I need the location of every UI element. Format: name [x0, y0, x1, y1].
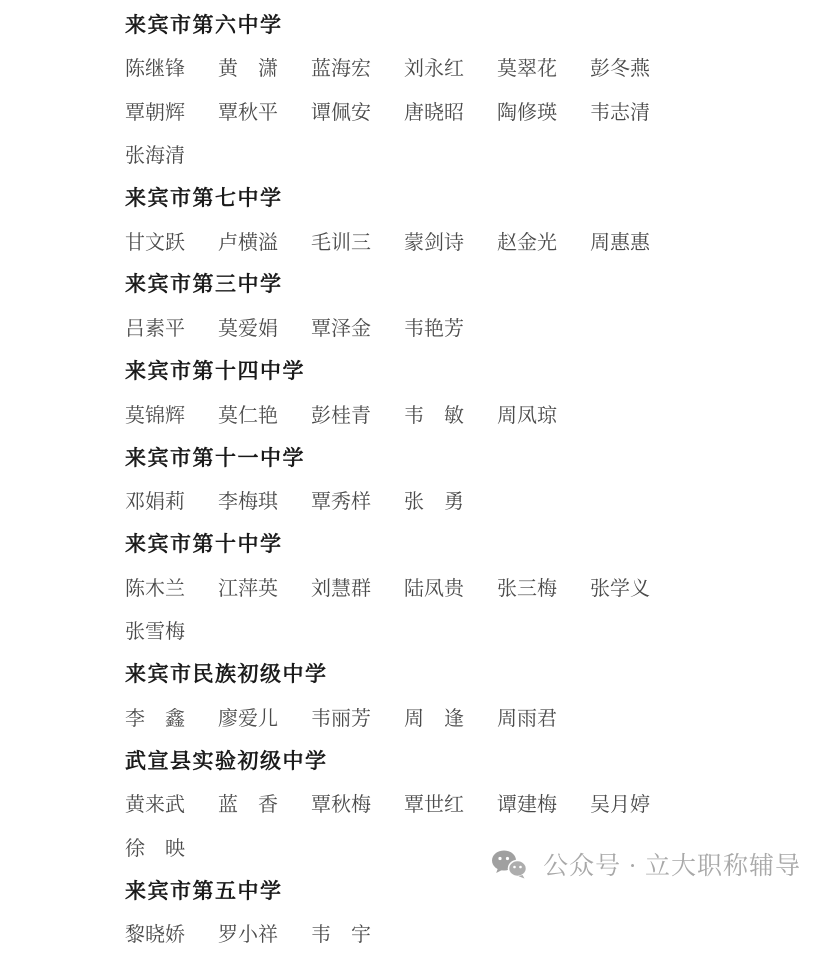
person-name: 张学义 [590, 572, 650, 601]
person-name: 陆凤贵 [404, 572, 464, 601]
person-name: 彭桂青 [311, 399, 371, 428]
person-name: 韦艳芳 [404, 312, 464, 341]
person-name: 韦 敏 [404, 399, 464, 428]
school-heading: 来宾市民族初级中学 [125, 651, 725, 694]
person-name: 周雨君 [497, 702, 557, 731]
person-name: 覃秋梅 [311, 788, 371, 817]
person-name: 莫翠花 [497, 52, 557, 81]
name-row: 邓娟莉李梅琪覃秀样张 勇 [125, 478, 725, 521]
name-row: 莫锦辉莫仁艳彭桂青韦 敏周凤琼 [125, 392, 725, 435]
school-heading: 武宣县实验初级中学 [125, 738, 725, 781]
person-name: 徐 映 [125, 832, 185, 861]
name-row: 张雪梅 [125, 608, 725, 651]
person-name: 黄来武 [125, 788, 185, 817]
name-row: 张海清 [125, 132, 725, 175]
person-name: 赵金光 [497, 226, 557, 255]
person-name: 廖爱儿 [218, 702, 278, 731]
name-row: 李 鑫廖爱儿韦丽芳周 逢周雨君 [125, 695, 725, 738]
person-name: 覃朝辉 [125, 96, 185, 125]
document-page: 来宾市第六中学陈继锋黄 潇蓝海宏刘永红莫翠花彭冬燕覃朝辉覃秋平谭佩安唐晓昭陶修瑛… [0, 0, 827, 953]
person-name: 周惠惠 [590, 226, 650, 255]
person-name: 张 勇 [404, 485, 464, 514]
person-name: 韦 宇 [311, 918, 371, 947]
person-name: 覃秀样 [311, 485, 371, 514]
person-name: 李 鑫 [125, 702, 185, 731]
person-name: 蓝海宏 [311, 52, 371, 81]
person-name: 蓝 香 [218, 788, 278, 817]
person-name: 蒙剑诗 [404, 226, 464, 255]
person-name: 陈木兰 [125, 572, 185, 601]
person-name: 陶修瑛 [497, 96, 557, 125]
person-name: 莫仁艳 [218, 399, 278, 428]
name-row: 甘文跃卢横溢毛训三蒙剑诗赵金光周惠惠 [125, 218, 725, 261]
person-name: 江萍英 [218, 572, 278, 601]
name-row: 吕素平莫爱娟覃泽金韦艳芳 [125, 305, 725, 348]
school-heading: 来宾市第三中学 [125, 262, 725, 305]
person-name: 覃秋平 [218, 96, 278, 125]
person-name: 张雪梅 [125, 615, 185, 644]
person-name: 刘慧群 [311, 572, 371, 601]
person-name: 彭冬燕 [590, 52, 650, 81]
person-name: 张三梅 [497, 572, 557, 601]
school-heading: 来宾市第十一中学 [125, 435, 725, 478]
person-name: 黄 潇 [218, 52, 278, 81]
school-heading: 来宾市第十四中学 [125, 348, 725, 391]
name-row: 陈木兰江萍英刘慧群陆凤贵张三梅张学义 [125, 565, 725, 608]
name-row: 覃朝辉覃秋平谭佩安唐晓昭陶修瑛韦志清 [125, 89, 725, 132]
school-heading: 来宾市第六中学 [125, 2, 725, 45]
person-name: 莫锦辉 [125, 399, 185, 428]
person-name: 甘文跃 [125, 226, 185, 255]
person-name: 李梅琪 [218, 485, 278, 514]
person-name: 卢横溢 [218, 226, 278, 255]
person-name: 唐晓昭 [404, 96, 464, 125]
person-name: 吕素平 [125, 312, 185, 341]
person-name: 周 逢 [404, 702, 464, 731]
person-name: 毛训三 [311, 226, 371, 255]
person-name: 覃泽金 [311, 312, 371, 341]
person-name: 韦志清 [590, 96, 650, 125]
person-name: 刘永红 [404, 52, 464, 81]
person-name: 陈继锋 [125, 52, 185, 81]
school-heading: 来宾市第七中学 [125, 175, 725, 218]
person-name: 邓娟莉 [125, 485, 185, 514]
person-name: 莫爱娟 [218, 312, 278, 341]
watermark: 公众号 · 立大职称辅导 [491, 793, 801, 935]
person-name: 周凤琼 [497, 399, 557, 428]
school-heading: 来宾市第十中学 [125, 522, 725, 565]
person-name: 韦丽芳 [311, 702, 371, 731]
watermark-text: 公众号 · 立大职称辅导 [543, 846, 801, 882]
person-name: 覃世红 [404, 788, 464, 817]
person-name: 谭佩安 [311, 96, 371, 125]
person-name: 罗小祥 [218, 918, 278, 947]
name-row: 陈继锋黄 潇蓝海宏刘永红莫翠花彭冬燕 [125, 45, 725, 88]
person-name: 张海清 [125, 139, 185, 168]
wechat-icon [491, 793, 535, 935]
person-name: 黎晓娇 [125, 918, 185, 947]
